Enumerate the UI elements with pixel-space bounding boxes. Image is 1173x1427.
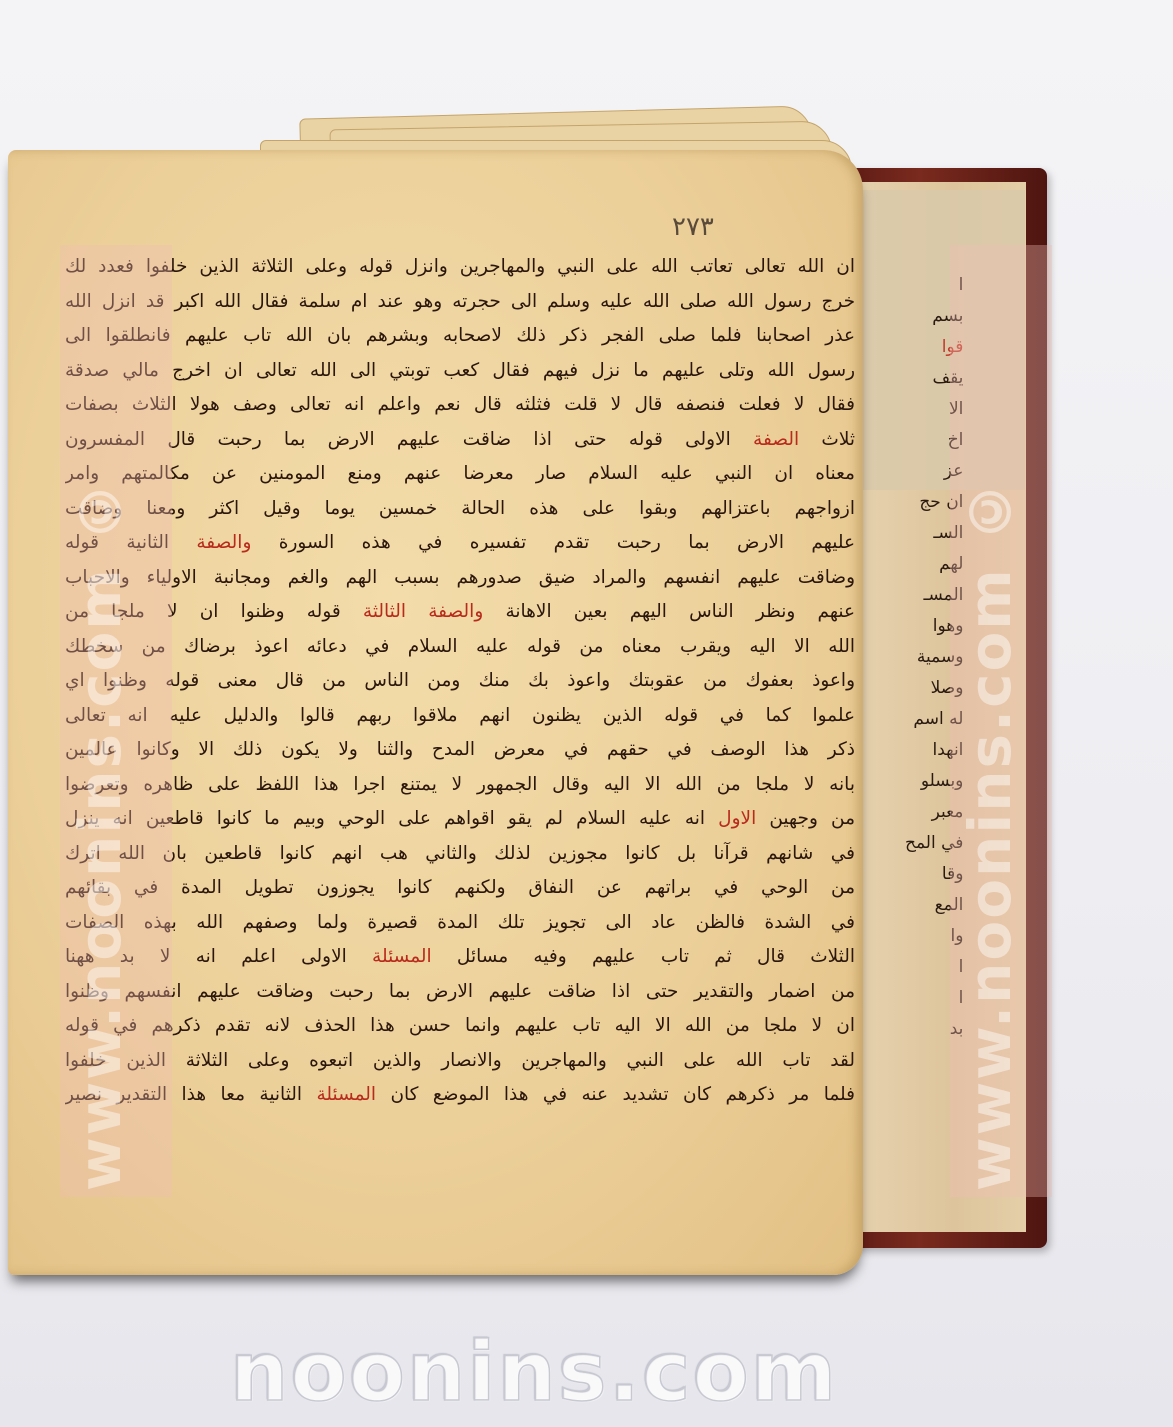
manuscript-line: ازواجهم باعتزالهم وبقوا على هذه الحالة خ… <box>65 492 855 527</box>
manuscript-line: في شانهم قرآنا بل كانوا مجوزين لذلك والث… <box>65 837 855 872</box>
manuscript-line: ان الله تعالى تعاتب الله على النبي والمه… <box>65 250 855 285</box>
manuscript-line: خرج رسول الله صلى الله عليه وسلم الى حجر… <box>65 285 855 320</box>
watermark-right: www.noonins.com © <box>950 245 1052 1197</box>
manuscript-line: عليهم الارض بما رحبت تقدم تفسيره في هذه … <box>65 526 855 561</box>
folio-number: ٢٧٣ <box>672 212 714 242</box>
manuscript-line: لقد تاب الله على النبي والمهاجرين والانص… <box>65 1044 855 1079</box>
manuscript-line: من الوحي في براتهم عن النفاق ولكنهم كانو… <box>65 871 855 906</box>
manuscript-line: من اضمار والتقدير حتى اذا ضاقت عليهم الا… <box>65 975 855 1010</box>
watermark-left: www.noonins.com © <box>60 245 172 1197</box>
manuscript-line: الثلاث قال ثم تاب عليهم وفيه مسائل المسئ… <box>65 940 855 975</box>
manuscript-line: واعوذ بعفوك من عقوبتك واعوذ بك منك ومن ا… <box>65 664 855 699</box>
manuscript-line: من وجهين الاول انه عليه السلام لم يقو اق… <box>65 802 855 837</box>
manuscript-line: وضاقت عليهم انفسهم والمراد ضيق صدورهم بس… <box>65 561 855 596</box>
manuscript-line: عذر اصحابنا فلما صلى الفجر ذكر ذلك لاصحا… <box>65 319 855 354</box>
manuscript-line: بانه لا ملجا من الله الا اليه وقال الجمه… <box>65 768 855 803</box>
manuscript-line: رسول الله وتلى عليهم ما نزل فيهم فقال كع… <box>65 354 855 389</box>
manuscript-line: ان لا ملجا من الله الا اليه تاب عليهم وا… <box>65 1009 855 1044</box>
manuscript-line: الله الا اليه ويقرب معناه من قوله عليه ا… <box>65 630 855 665</box>
manuscript-line: علموا كما في قوله الذين يظنون انهم ملاقو… <box>65 699 855 734</box>
manuscript-line: في الشدة فالظن عاد الى تجويز تلك المدة ق… <box>65 906 855 941</box>
manuscript-line: فلما مر ذكرهم كان تشديد عنه في هذا الموض… <box>65 1078 855 1113</box>
manuscript-line: فقال لا فعلت فنصفه قال لا قلت فثلثه قال … <box>65 388 855 423</box>
manuscript-text-block: ان الله تعالى تعاتب الله على النبي والمه… <box>65 250 855 1113</box>
manuscript-line: ثلاث الصفة الاولى قوله حتى اذا ضاقت عليه… <box>65 423 855 458</box>
manuscript-line: عنهم ونظر الناس اليهم بعين الاهانة والصف… <box>65 595 855 630</box>
manuscript-line: ذكر هذا الوصف في حقهم في معرض المدح والث… <box>65 733 855 768</box>
manuscript-line: معناه ان النبي عليه السلام صار معرضا عنه… <box>65 457 855 492</box>
watermark-bottom: noonins.com <box>230 1325 838 1420</box>
